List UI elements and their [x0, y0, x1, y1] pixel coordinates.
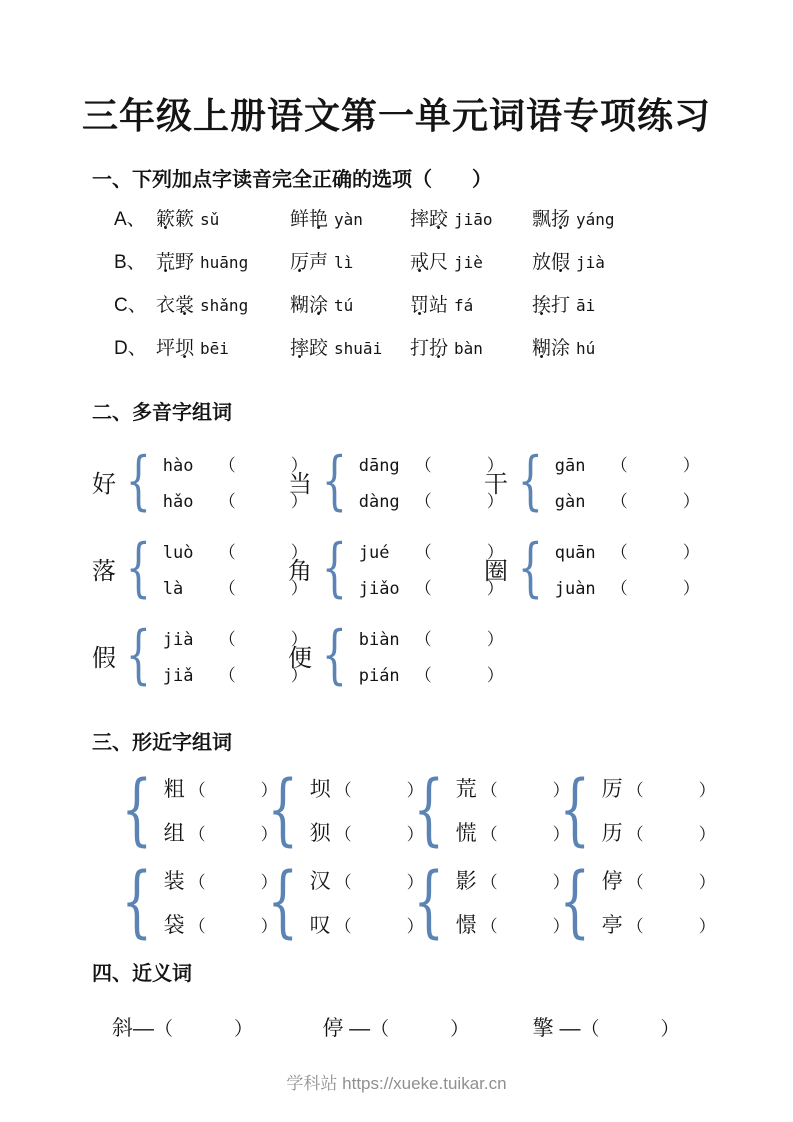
- similar-char-group: { 汉（ ） 叹（ ）: [258, 865, 404, 939]
- hanzi: 野: [175, 252, 194, 273]
- pinyin: jià: [163, 630, 219, 650]
- pinyin: fá: [454, 296, 473, 315]
- answer-blank: （ ）: [627, 868, 717, 893]
- dotted-hanzi: 荒: [156, 248, 175, 278]
- polyphone-group: 干 { gān（ ） gàn（ ）: [484, 451, 680, 512]
- hanzi: 站: [429, 295, 448, 316]
- similar-char-group: { 停（ ） 亭（ ）: [550, 865, 696, 939]
- pinyin: gàn: [555, 492, 611, 512]
- pinyin: dàng: [359, 492, 415, 512]
- brace-icon: {: [267, 775, 298, 845]
- dotted-hanzi: 跤: [429, 205, 448, 235]
- dotted-hanzi: 糊: [532, 334, 551, 364]
- dotted-hanzi: 涂: [309, 291, 328, 321]
- answer-blank: （ ）: [581, 1019, 681, 1040]
- pinyin: dāng: [359, 456, 415, 476]
- similar-char-group: { 荒（ ） 慌（ ）: [404, 773, 550, 847]
- brace-icon: {: [121, 867, 152, 937]
- brace-icon: {: [121, 775, 152, 845]
- pinyin: là: [163, 579, 219, 599]
- footer-watermark: 学科站 https://xueke.tuikar.cn: [0, 1069, 793, 1094]
- section2-heading: 二、多音字组词: [92, 396, 743, 425]
- brace-icon: {: [413, 867, 444, 937]
- word-item: 罚站fá: [410, 291, 532, 321]
- pinyin: jiāo: [454, 210, 493, 229]
- option-label: D、: [114, 334, 156, 364]
- dotted-hanzi: 裳: [175, 291, 194, 321]
- polyphone-char: 假: [92, 638, 116, 673]
- pinyin: āi: [576, 296, 595, 315]
- pinyin: yàn: [334, 210, 363, 229]
- polyphone-char: 角: [288, 551, 312, 586]
- option-row-b: B、 荒野huāng 厉声lì 戒尺jiè 放假jià: [114, 248, 743, 278]
- hanzi: 叹: [310, 909, 331, 939]
- similar-char-row: { 粗（ ） 组（ ） { 坝（ ） 狈（ ） { 荒（ ） 慌（ ）: [112, 773, 743, 847]
- hanzi: 厉: [602, 773, 623, 803]
- hanzi: 跤: [309, 338, 328, 359]
- hanzi: 尺: [429, 252, 448, 273]
- polyphone-group: 便 { biàn（ ） pián（ ）: [288, 625, 484, 686]
- pinyin: gān: [555, 456, 611, 476]
- dash: —: [133, 1017, 154, 1040]
- word-item: 摔跤jiāo: [410, 205, 532, 235]
- polyphone-row: 假 { jià（ ） jiǎ（ ） 便 { biàn（ ） pián（ ）: [92, 625, 743, 686]
- dotted-hanzi: 假: [551, 248, 570, 278]
- dotted-hanzi: 坝: [175, 334, 194, 364]
- answer-blank: （ ）: [370, 1019, 470, 1040]
- hanzi: 荒: [456, 773, 477, 803]
- page-title: 三年级上册语文第一单元词语专项练习: [0, 0, 793, 139]
- pinyin: hǎo: [163, 492, 219, 512]
- word-item: 挨打āi: [532, 291, 743, 321]
- pinyin: hào: [163, 456, 219, 476]
- polyphone-group: 角 { jué（ ） jiǎo（ ）: [288, 538, 484, 599]
- hanzi: 组: [164, 817, 185, 847]
- polyphone-char: 当: [288, 464, 312, 499]
- answer-blank: （ ）: [415, 625, 505, 650]
- word-item: 荒野huāng: [156, 248, 290, 278]
- answer-blank: （ ）: [611, 574, 701, 599]
- dotted-hanzi: 挨: [532, 291, 551, 321]
- dotted-hanzi: 戒: [410, 248, 429, 278]
- hanzi: 飘: [532, 209, 551, 230]
- word-item: 戒尺jiè: [410, 248, 532, 278]
- synonym-item: 停 —（ ）: [322, 1012, 532, 1042]
- similar-char-group: { 装（ ） 袋（ ）: [112, 865, 258, 939]
- polyphone-char: 好: [92, 464, 116, 499]
- pinyin: sǔ: [200, 210, 219, 229]
- answer-blank: （ ）: [611, 451, 701, 476]
- polyphone-group: 落 { luò（ ） là（ ）: [92, 538, 288, 599]
- hanzi: 粗: [164, 773, 185, 803]
- option-label: A、: [114, 205, 156, 235]
- similar-char-group: { 厉（ ） 历（ ）: [550, 773, 696, 847]
- word-item: 打扮bàn: [410, 334, 532, 364]
- similar-char-row: { 装（ ） 袋（ ） { 汉（ ） 叹（ ） { 影（ ） 憬（ ）: [112, 865, 743, 939]
- pinyin: tú: [334, 296, 353, 315]
- hanzi: 坝: [310, 773, 331, 803]
- brace-icon: {: [322, 540, 347, 598]
- synonym-row: 斜—（ ） 停 —（ ） 擎 —（ ）: [112, 1012, 743, 1042]
- brace-icon: {: [559, 867, 590, 937]
- hanzi: 慌: [456, 817, 477, 847]
- option-label: C、: [114, 291, 156, 321]
- answer-blank: （ ）: [154, 1019, 254, 1040]
- hanzi: 影: [456, 865, 477, 895]
- polyphone-group: 当 { dāng（ ） dàng（ ）: [288, 451, 484, 512]
- option-row-c: C、 衣裳shǎng 糊涂tú 罚站fá 挨打āi: [114, 291, 743, 321]
- answer-blank: （ ）: [627, 912, 717, 937]
- dotted-hanzi: 扮: [429, 334, 448, 364]
- option-label: B、: [114, 248, 156, 278]
- brace-icon: {: [126, 540, 151, 598]
- hanzi: 停: [322, 1017, 343, 1040]
- brace-icon: {: [518, 540, 543, 598]
- polyphone-group: 圈 { quān（ ） juàn（ ）: [484, 538, 680, 599]
- pinyin: jià: [576, 253, 605, 272]
- section4-heading: 四、近义词: [92, 957, 743, 986]
- hanzi: 摔: [410, 209, 429, 230]
- similar-char-group: { 粗（ ） 组（ ）: [112, 773, 258, 847]
- answer-blank: （ ）: [415, 661, 505, 686]
- dotted-hanzi: 艳: [309, 205, 328, 235]
- hanzi: 装: [164, 865, 185, 895]
- word-item: 衣裳shǎng: [156, 291, 290, 321]
- hanzi: 停: [602, 865, 623, 895]
- pinyin: bēi: [200, 339, 229, 358]
- option-row-a: A、 簌簌sǔ 鲜艳yàn 摔跤jiāo 飘扬yáng: [114, 205, 743, 235]
- hanzi: 鲜: [290, 209, 309, 230]
- word-item: 放假jià: [532, 248, 743, 278]
- pinyin: quān: [555, 543, 611, 563]
- answer-blank: （ ）: [627, 776, 717, 801]
- hanzi: 历: [602, 817, 623, 847]
- pinyin: shǎng: [200, 296, 248, 315]
- hanzi: 斜: [112, 1017, 133, 1040]
- dash: —: [343, 1017, 370, 1040]
- polyphone-row: 好 { hào（ ） hǎo（ ） 当 { dāng（ ） dàng（ ） 干 …: [92, 451, 743, 512]
- similar-char-group: { 坝（ ） 狈（ ）: [258, 773, 404, 847]
- dotted-hanzi: 扬: [551, 205, 570, 235]
- pinyin: lì: [334, 253, 353, 272]
- pinyin: jiǎ: [163, 666, 219, 686]
- hanzi: 声: [309, 252, 328, 273]
- synonym-item: 擎 —（ ）: [533, 1012, 743, 1042]
- pinyin: juàn: [555, 579, 611, 599]
- section1-heading: 一、下列加点字读音完全正确的选项（ ）: [92, 163, 743, 192]
- hanzi: 憬: [456, 909, 477, 939]
- word-item: 糊涂hú: [532, 334, 743, 364]
- option-row-d: D、 坪坝bēi 摔跤shuāi 打扮bàn 糊涂hú: [114, 334, 743, 364]
- pinyin: jué: [359, 543, 415, 563]
- hanzi: 打: [551, 295, 570, 316]
- dotted-hanzi: 簌: [156, 205, 175, 235]
- polyphone-char: 圈: [484, 551, 508, 586]
- word-item: 坪坝bēi: [156, 334, 290, 364]
- polyphone-group: 好 { hào（ ） hǎo（ ）: [92, 451, 288, 512]
- pinyin: luò: [163, 543, 219, 563]
- pinyin: huāng: [200, 253, 248, 272]
- pinyin: jiǎo: [359, 579, 415, 599]
- polyphone-char: 便: [288, 638, 312, 673]
- worksheet-content: 一、下列加点字读音完全正确的选项（ ） A、 簌簌sǔ 鲜艳yàn 摔跤jiāo…: [0, 163, 793, 1042]
- synonym-item: 斜—（ ）: [112, 1012, 322, 1042]
- pinyin: bàn: [454, 339, 483, 358]
- hanzi: 擎: [533, 1017, 554, 1040]
- brace-icon: {: [322, 453, 347, 511]
- hanzi: 放: [532, 252, 551, 273]
- pinyin: biàn: [359, 630, 415, 650]
- hanzi: 亭: [602, 909, 623, 939]
- dotted-hanzi: 摔: [290, 334, 309, 364]
- pinyin: jiè: [454, 253, 483, 272]
- word-item: 飘扬yáng: [532, 205, 743, 235]
- pinyin: hú: [576, 339, 595, 358]
- pinyin: shuāi: [334, 339, 382, 358]
- brace-icon: {: [413, 775, 444, 845]
- word-item: 簌簌sǔ: [156, 205, 290, 235]
- similar-char-group: { 影（ ） 憬（ ）: [404, 865, 550, 939]
- word-item: 厉声lì: [290, 248, 410, 278]
- polyphone-group: 假 { jià（ ） jiǎ（ ）: [92, 625, 288, 686]
- worksheet-page: 三年级上册语文第一单元词语专项练习 一、下列加点字读音完全正确的选项（ ） A、…: [0, 0, 793, 1122]
- polyphone-char: 干: [484, 464, 508, 499]
- hanzi: 狈: [310, 817, 331, 847]
- pinyin: pián: [359, 666, 415, 686]
- brace-icon: {: [518, 453, 543, 511]
- word-item: 摔跤shuāi: [290, 334, 410, 364]
- brace-icon: {: [559, 775, 590, 845]
- brace-icon: {: [267, 867, 298, 937]
- hanzi: 汉: [310, 865, 331, 895]
- hanzi: 袋: [164, 909, 185, 939]
- dotted-hanzi: 罚: [410, 291, 429, 321]
- brace-icon: {: [126, 627, 151, 685]
- answer-blank: （ ）: [611, 538, 701, 563]
- brace-icon: {: [322, 627, 347, 685]
- answer-blank: （ ）: [611, 487, 701, 512]
- hanzi: 糊: [290, 295, 309, 316]
- polyphone-char: 落: [92, 551, 116, 586]
- answer-blank: （ ）: [627, 820, 717, 845]
- hanzi: 簌: [175, 209, 194, 230]
- dotted-hanzi: 厉: [290, 248, 309, 278]
- dash: —: [554, 1017, 581, 1040]
- word-item: 糊涂tú: [290, 291, 410, 321]
- polyphone-row: 落 { luò（ ） là（ ） 角 { jué（ ） jiǎo（ ） 圈 {: [92, 538, 743, 599]
- hanzi: 坪: [156, 338, 175, 359]
- hanzi: 涂: [551, 338, 570, 359]
- word-item: 鲜艳yàn: [290, 205, 410, 235]
- pinyin: yáng: [576, 210, 615, 229]
- section3-heading: 三、形近字组词: [92, 726, 743, 755]
- hanzi: 衣: [156, 295, 175, 316]
- hanzi: 打: [410, 338, 429, 359]
- brace-icon: {: [126, 453, 151, 511]
